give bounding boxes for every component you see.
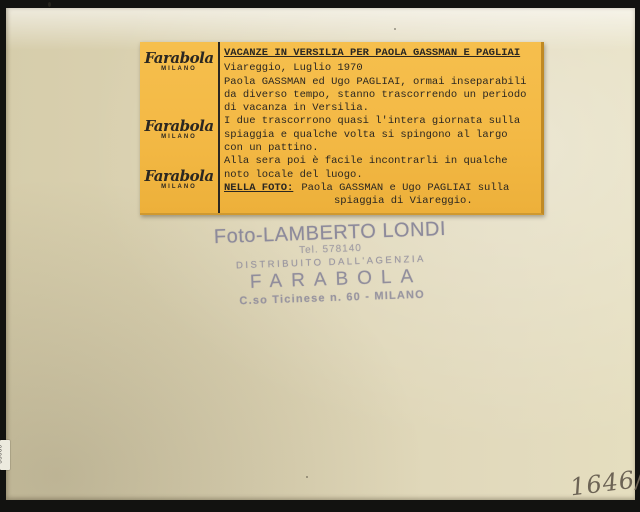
caption-nella-foto: NELLA FOTO:Paola GASSMAN e Ugo PAGLIAI s… bbox=[224, 182, 535, 195]
agency-stamp: Foto-LAMBERTO LONDI Tel. 578140 DISTRIBU… bbox=[175, 217, 488, 311]
caption-line: con un pattino. bbox=[224, 142, 535, 155]
farabola-logo: Farabola MILANO bbox=[140, 169, 218, 190]
typed-caption: VACANZE IN VERSILIA PER PAOLA GASSMAN E … bbox=[224, 47, 535, 209]
caption-line: da diverso tempo, stanno trascorrendo un… bbox=[224, 89, 535, 102]
farabola-logo-text: Farabola bbox=[140, 169, 218, 183]
label-divider-line bbox=[218, 42, 220, 213]
edge-sticker-number: 35060 bbox=[0, 444, 4, 463]
nella-foto-text-line2: spiaggia di Viareggio. bbox=[334, 195, 535, 208]
caption-label: Farabola MILANO Farabola MILANO Farabola… bbox=[140, 42, 544, 215]
dust-speck bbox=[394, 28, 396, 30]
photo-verso-scan: Farabola MILANO Farabola MILANO Farabola… bbox=[0, 0, 640, 512]
caption-line: Paola GASSMAN ed Ugo PAGLIAI, ormai inse… bbox=[224, 76, 535, 89]
farabola-logo: Farabola MILANO bbox=[140, 119, 218, 140]
caption-line: di vacanza in Versilia. bbox=[224, 102, 535, 115]
farabola-logo-text: Farabola bbox=[140, 51, 218, 65]
caption-line: I due trascorrono quasi l'intera giornat… bbox=[224, 115, 535, 128]
edge-sticker: 35060 bbox=[0, 440, 10, 470]
nella-foto-text: Paola GASSMAN e Ugo PAGLIAI sulla bbox=[301, 182, 509, 194]
dust-speck bbox=[306, 476, 308, 478]
dust-speck bbox=[48, 2, 51, 7]
agency-logo-column: Farabola MILANO Farabola MILANO Farabola… bbox=[140, 42, 218, 213]
farabola-logo: Farabola MILANO bbox=[140, 51, 218, 72]
caption-title: VACANZE IN VERSILIA PER PAOLA GASSMAN E … bbox=[224, 47, 535, 60]
caption-line: spiaggia e qualche volta si spingono al … bbox=[224, 129, 535, 142]
caption-line: Viareggio, Luglio 1970 bbox=[224, 62, 535, 75]
nella-foto-label: NELLA FOTO: bbox=[224, 182, 293, 194]
caption-line: noto locale del luogo. bbox=[224, 169, 535, 182]
farabola-logo-text: Farabola bbox=[140, 119, 218, 133]
caption-line: Alla sera poi è facile incontrarli in qu… bbox=[224, 155, 535, 168]
